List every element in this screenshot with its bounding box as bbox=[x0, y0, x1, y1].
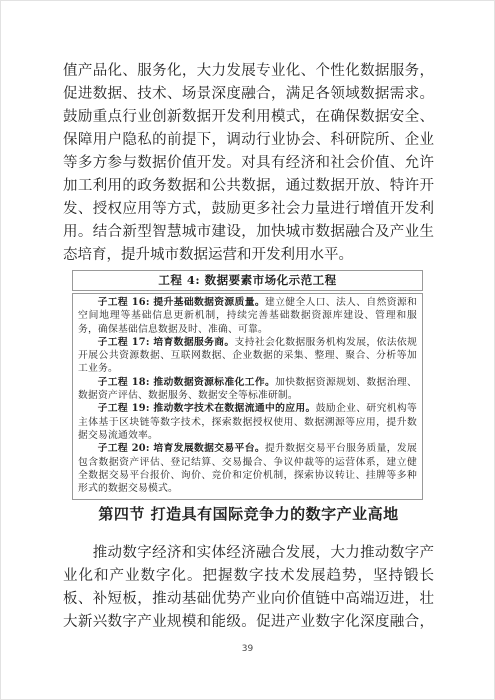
document-page: 值产品化、服务化，大力发展专业化、个性化数据服务， 促进数据、技术、场景深度融合… bbox=[0, 0, 495, 700]
paragraph-line: 态培育，提升城市数据运营和开发利用水平。 bbox=[63, 244, 434, 267]
paragraph-2: 推动数字经济和实体经济融合发展，大力推动数字产 业化和产业数字化。把握数字技术发… bbox=[63, 542, 434, 634]
paragraph-line: 加工利用的政务数据和公共数据，通过数据开放、特许开 bbox=[63, 175, 434, 198]
subproject-item: 子工程 18: 推动数据资源标准化工作。加快数据资源规划、数据治理、数据资产评估… bbox=[78, 376, 417, 403]
paragraph-line: 推动数字经济和实体经济融合发展，大力推动数字产 bbox=[63, 542, 434, 565]
subproject-item: 子工程 20: 培育发展数据交易平台。提升数据交易平台服务质量，发展包含数据资产… bbox=[78, 442, 417, 495]
paragraph-line: 等多方参与数据价值开发。对具有经济和社会价值、允许 bbox=[63, 152, 434, 175]
project-box: 工程 4: 数据要素市场化示范工程 子工程 16: 提升基础数据资源质量。建立健… bbox=[72, 270, 423, 500]
paragraph-line: 业化和产业数字化。把握数字技术发展趋势，坚持锻长 bbox=[63, 565, 434, 588]
subproject-item: 子工程 16: 提升基础数据资源质量。建立健全人口、法人、自然资源和空间地理等基… bbox=[78, 296, 417, 336]
page-number: 39 bbox=[0, 644, 495, 654]
subproject-label: 子工程 16: 提升基础数据资源质量。 bbox=[98, 297, 265, 308]
subproject-label: 子工程 18: 推动数据资源标准化工作。 bbox=[98, 377, 276, 388]
section-heading: 第四节 打造具有国际竞争力的数字产业高地 bbox=[63, 504, 434, 524]
paragraph-line: 鼓励重点行业创新数据开发利用模式，在确保数据安全、 bbox=[63, 106, 434, 129]
subproject-item: 子工程 17: 培育数据服务商。支持社会化数据服务机构发展，依法依规开展公共资源… bbox=[78, 336, 417, 376]
paragraph-line: 值产品化、服务化，大力发展专业化、个性化数据服务， bbox=[63, 60, 434, 83]
paragraph-line: 用。结合新型智慧城市建设，加快城市数据融合及产业生 bbox=[63, 221, 434, 244]
paragraph-line: 保障用户隐私的前提下，调动行业协会、科研院所、企业 bbox=[63, 129, 434, 152]
subproject-label: 子工程 20: 培育发展数据交易平台。 bbox=[98, 443, 265, 454]
subproject-label: 子工程 17: 培育数据服务商。 bbox=[98, 337, 235, 348]
subproject-item: 子工程 19: 推动数字技术在数据流通中的应用。鼓励企业、研究机构等主体基于区块… bbox=[78, 402, 417, 442]
project-box-body: 子工程 16: 提升基础数据资源质量。建立健全人口、法人、自然资源和空间地理等基… bbox=[72, 293, 423, 500]
paragraph-1: 值产品化、服务化，大力发展专业化、个性化数据服务， 促进数据、技术、场景深度融合… bbox=[63, 60, 434, 267]
paragraph-line: 大新兴数字产业规模和能级。促进产业数字化深度融合， bbox=[63, 611, 434, 634]
paragraph-line: 发、授权应用等方式，鼓励更多社会力量进行增值开发利 bbox=[63, 198, 434, 221]
paragraph-line: 板、补短板，推动基础优势产业向价值链中高端迈进，壮 bbox=[63, 588, 434, 611]
project-box-title: 工程 4: 数据要素市场化示范工程 bbox=[72, 270, 423, 291]
paragraph-line: 促进数据、技术、场景深度融合，满足各领域数据需求。 bbox=[63, 83, 434, 106]
subproject-label: 子工程 19: 推动数字技术在数据流通中的应用。 bbox=[98, 403, 316, 414]
